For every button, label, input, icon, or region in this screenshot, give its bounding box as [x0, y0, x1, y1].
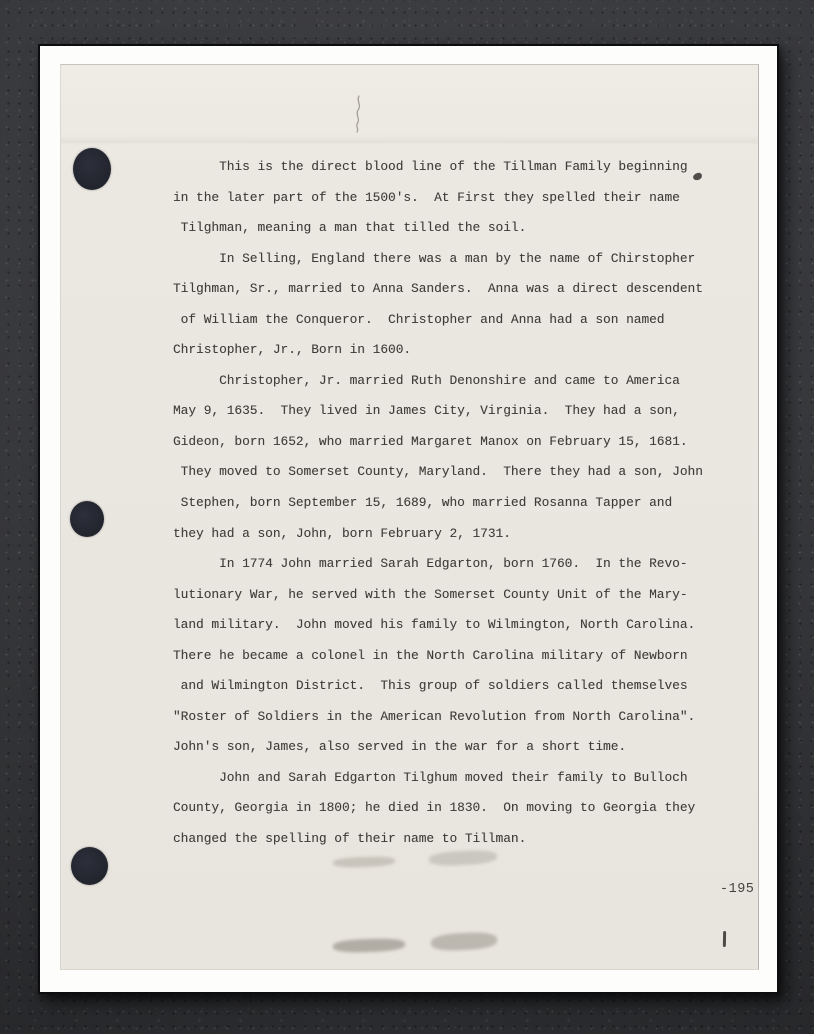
- text-line: they had a son, John, born February 2, 1…: [173, 519, 733, 550]
- text-line: In Selling, England there was a man by t…: [173, 244, 733, 275]
- text-line: Christopher, Jr. married Ruth Denonshire…: [173, 366, 733, 397]
- scan-band: [61, 135, 758, 145]
- text-line: In 1774 John married Sarah Edgarton, bor…: [173, 549, 733, 580]
- text-line: John's son, James, also served in the wa…: [173, 732, 733, 763]
- text-line: County, Georgia in 1800; he died in 1830…: [173, 793, 733, 824]
- text-line: Tilghman, meaning a man that tilled the …: [173, 213, 733, 244]
- pencil-smudge: [333, 856, 395, 868]
- text-line: changed the spelling of their name to Ti…: [173, 824, 733, 855]
- text-line: of William the Conqueror. Christopher an…: [173, 305, 733, 336]
- text-line: "Roster of Soldiers in the American Revo…: [173, 702, 733, 733]
- text-line: lutionary War, he served with the Somers…: [173, 580, 733, 611]
- stray-squiggle-mark: [351, 95, 365, 133]
- text-line: in the later part of the 1500's. At Firs…: [173, 183, 733, 214]
- text-line: May 9, 1635. They lived in James City, V…: [173, 396, 733, 427]
- hole-punch-middle: [70, 501, 104, 537]
- text-line: They moved to Somerset County, Maryland.…: [173, 457, 733, 488]
- typewritten-text: This is the direct blood line of the Til…: [173, 152, 733, 855]
- page-number: -195: [720, 882, 754, 897]
- text-line: Christopher, Jr., Born in 1600.: [173, 335, 733, 366]
- text-line: There he became a colonel in the North C…: [173, 641, 733, 672]
- text-line: Stephen, born September 15, 1689, who ma…: [173, 488, 733, 519]
- pencil-smudge: [431, 931, 498, 951]
- pencil-smudge: [333, 938, 405, 954]
- hole-punch-bottom: [71, 847, 108, 885]
- text-line: land military. John moved his family to …: [173, 610, 733, 641]
- hole-punch-top: [73, 148, 111, 190]
- backdrop-texture: This is the direct blood line of the Til…: [0, 0, 814, 1034]
- text-line: This is the direct blood line of the Til…: [173, 152, 733, 183]
- photo-frame: This is the direct blood line of the Til…: [38, 44, 779, 994]
- text-line: John and Sarah Edgarton Tilghum moved th…: [173, 763, 733, 794]
- text-line: Gideon, born 1652, who married Margaret …: [173, 427, 733, 458]
- text-line: and Wilmington District. This group of s…: [173, 671, 733, 702]
- scanned-page: This is the direct blood line of the Til…: [60, 64, 759, 970]
- pencil-tick-mark: [723, 931, 726, 947]
- text-line: Tilghman, Sr., married to Anna Sanders. …: [173, 274, 733, 305]
